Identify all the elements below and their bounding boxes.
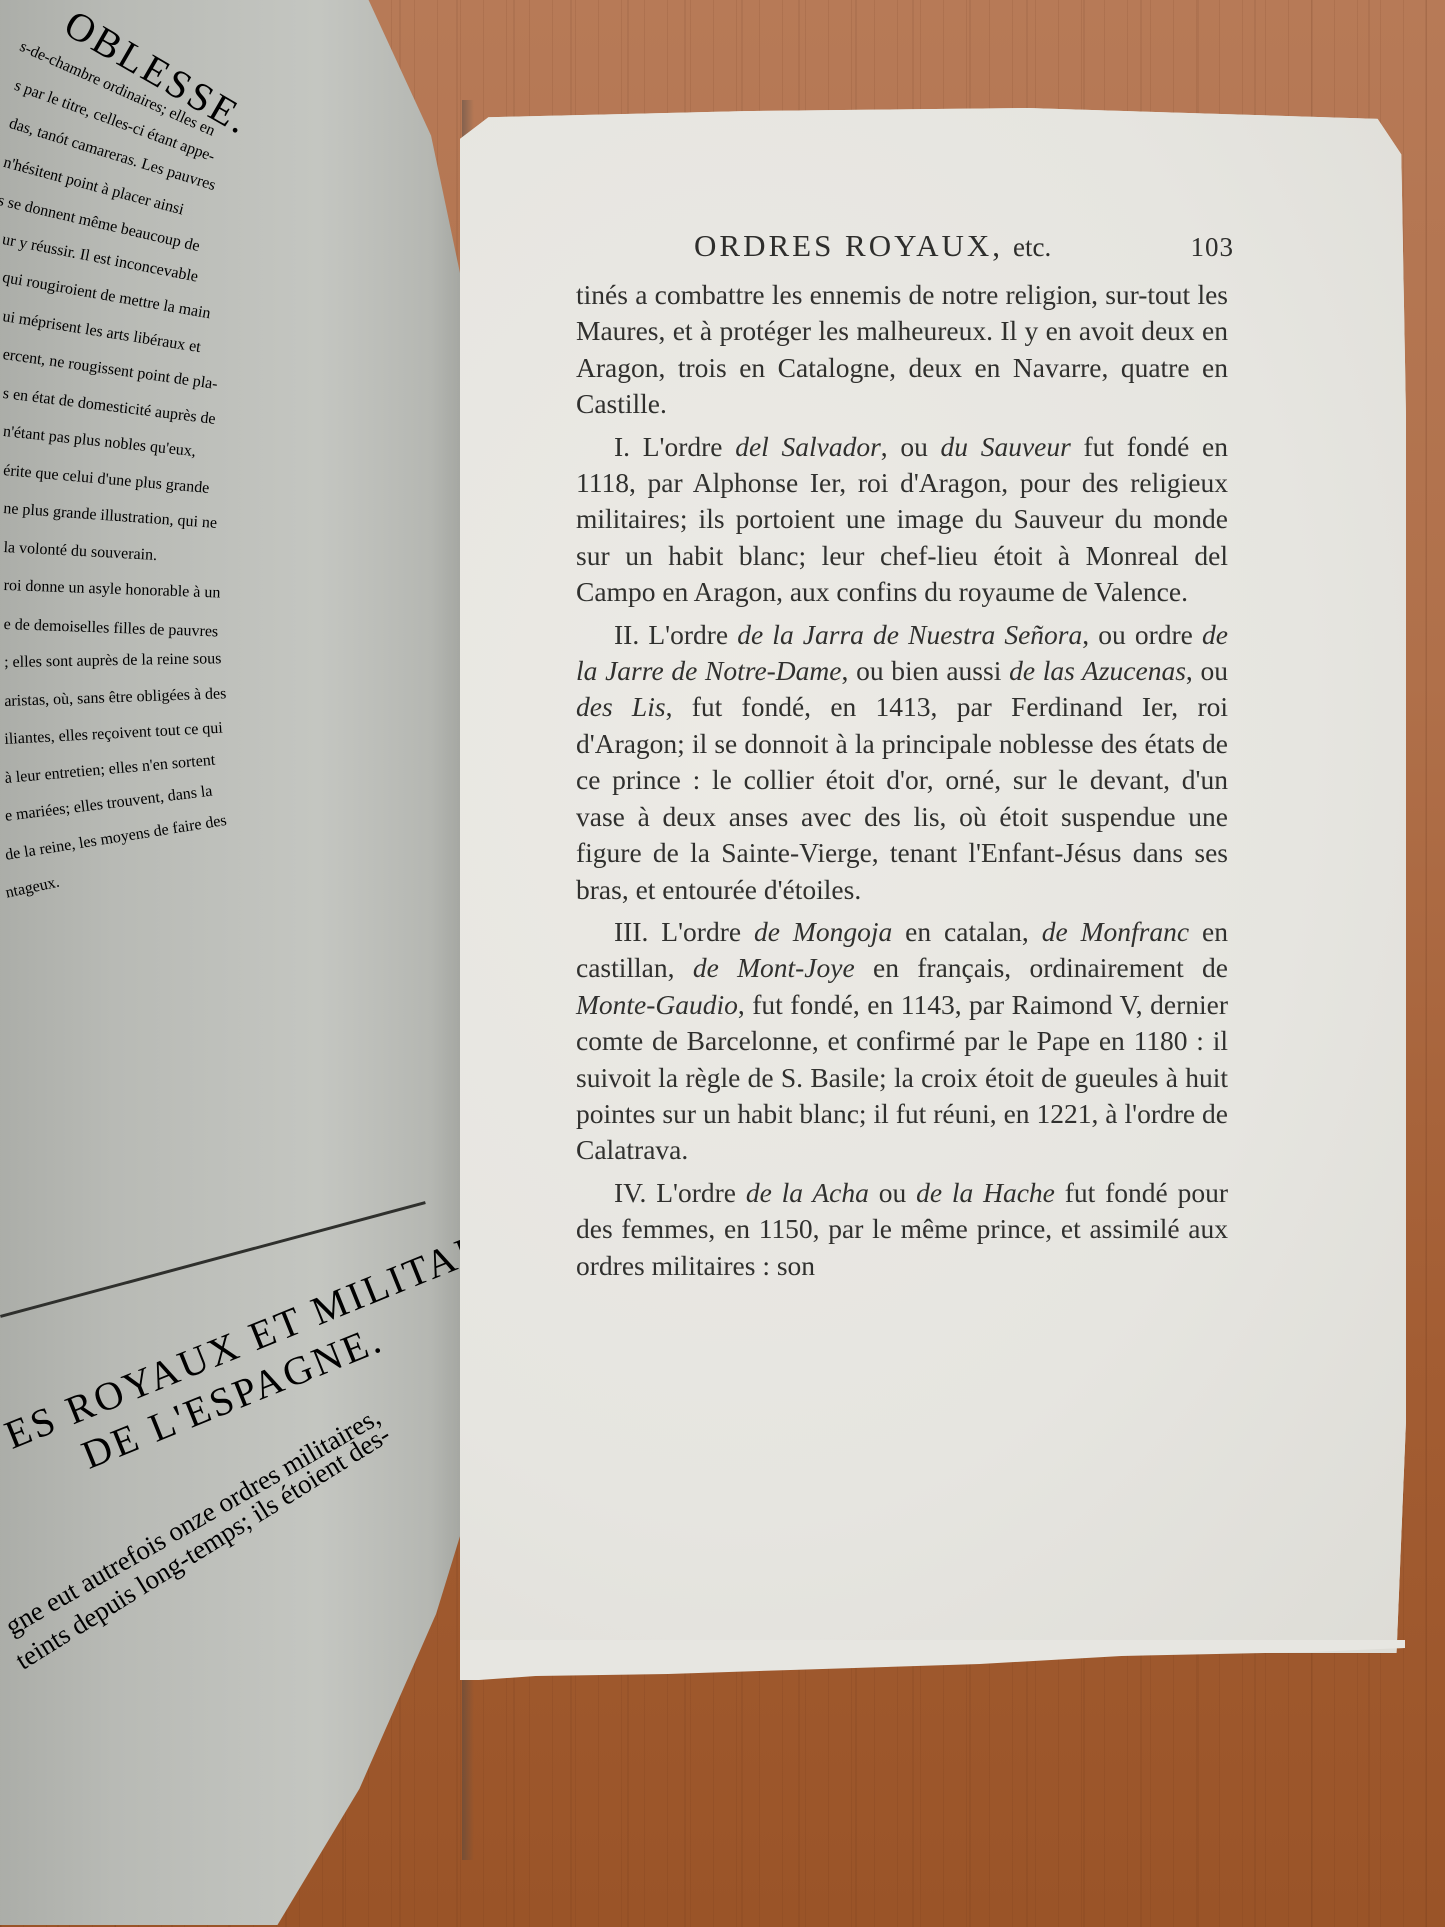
left-page-line: s en état de domesticité auprès de (2, 385, 217, 429)
left-page: OBLESSE.s-de-chambre ordinaires; elles e… (0, 0, 472, 1925)
left-page-line: aristas, où, sans être obligées à des (4, 685, 227, 711)
running-head-etc: etc. (1013, 232, 1051, 263)
right-page-deckled-edge (460, 1640, 1405, 1680)
left-page-line: roi donne un asyle honorable à un (3, 577, 220, 603)
left-page-line: à leur entretien; elles n'en sortent (4, 751, 216, 787)
paragraph: III. L'ordre de Mongoja en catalan, de M… (576, 914, 1228, 1169)
paragraph: I. L'ordre del Salvador, ou du Sauveur f… (576, 429, 1228, 611)
running-head-title: ORDRES ROYAUX, (694, 228, 1003, 264)
left-page-line: ; elles sont auprès de la reine sous (4, 650, 222, 672)
paragraph: II. L'ordre de la Jarra de Nuestra Señor… (576, 617, 1228, 908)
left-page-line: érite que celui d'une plus grande (2, 462, 210, 498)
left-page-line: ntageux. (4, 874, 61, 903)
left-page-line: e de demoiselles filles de pauvres (3, 616, 218, 641)
left-page-line: ne plus grande illustration, qui ne (3, 500, 218, 533)
page-number: 103 (1191, 232, 1235, 263)
left-page-line: iliantes, elles reçoivent tout ce qui (4, 720, 223, 749)
paragraph: IV. L'ordre de la Acha ou de la Hache fu… (576, 1175, 1228, 1284)
running-head: ORDRES ROYAUX, etc. 103 (694, 228, 1234, 264)
left-page-line: n'étant pas plus nobles qu'eux, (2, 423, 197, 461)
left-section-line: teints depuis long-temps; ils étoient de… (10, 1419, 396, 1676)
left-page-line: la volonté du souverain. (3, 539, 157, 565)
paragraph: tinés a combattre les ennemis de notre r… (576, 277, 1228, 423)
right-page-body-text: tinés a combattre les ennemis de notre r… (576, 277, 1228, 1284)
